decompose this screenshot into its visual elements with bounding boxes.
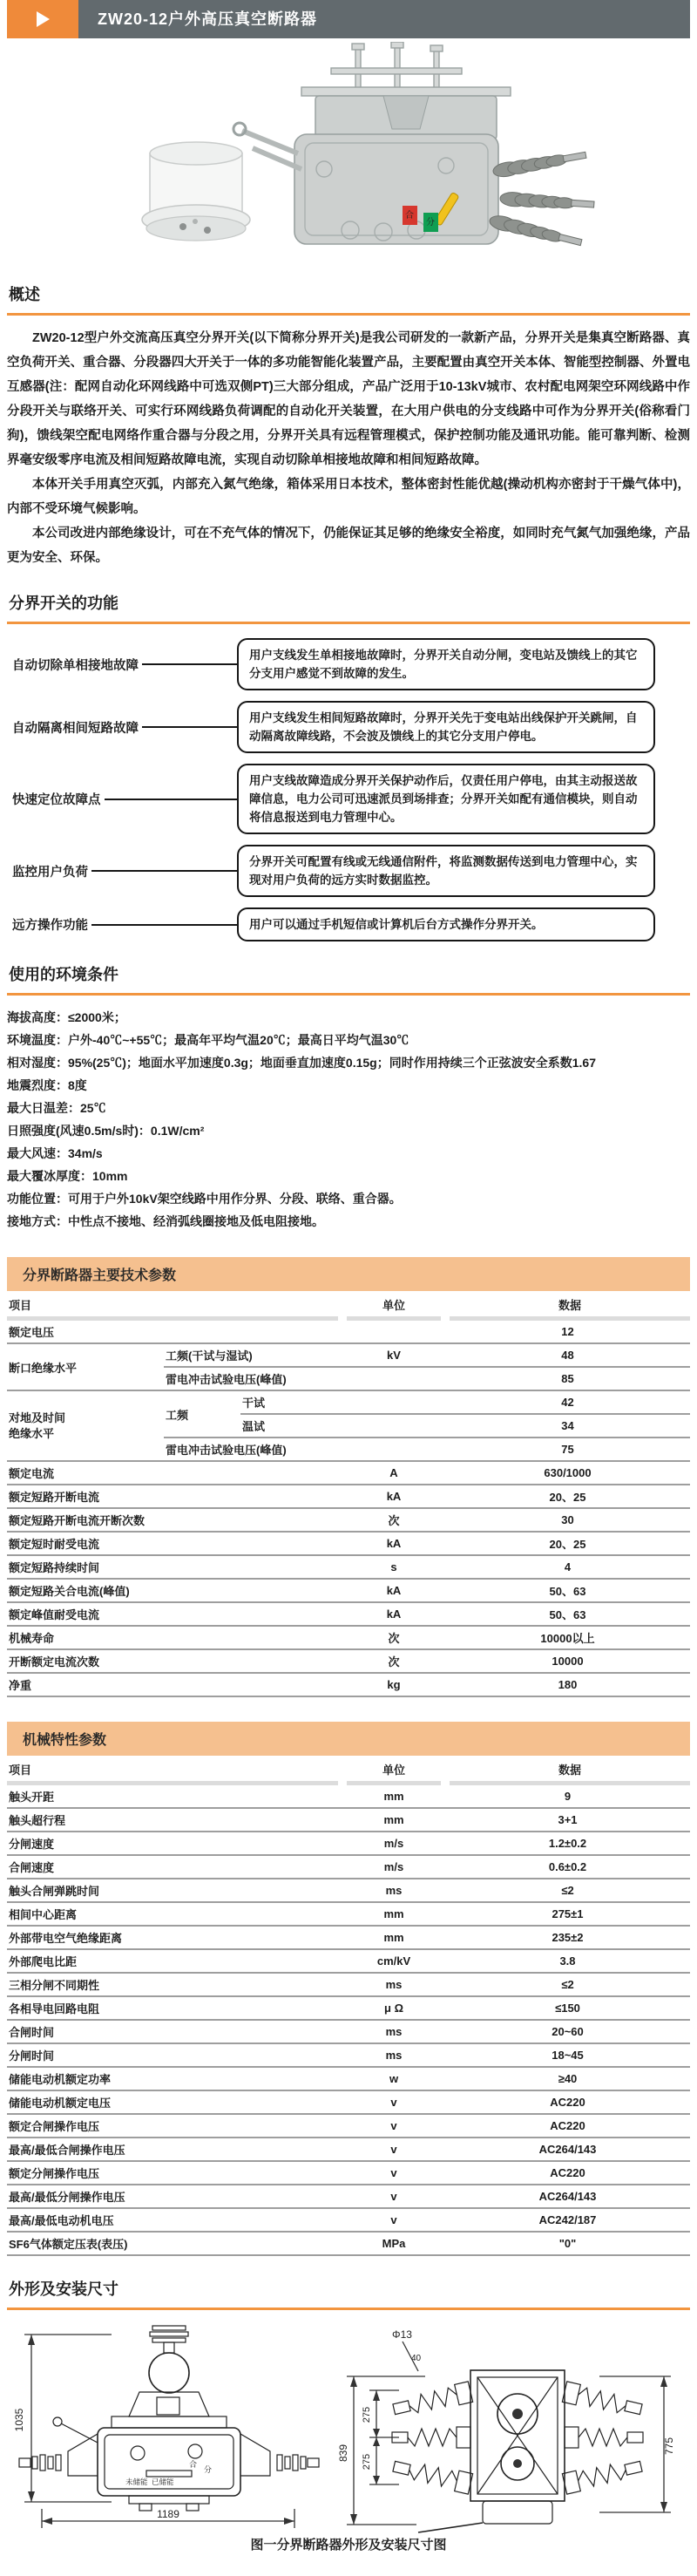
param-value: 20~60 [445,2020,690,2043]
param-unit: ms [342,1879,445,1902]
param-unit: mm [342,1926,445,1949]
param-name: 触头合闸弹跳时间 [7,1879,342,1902]
param-name: SF6气体额定压表(表压) [7,2232,342,2255]
param-name: 最高/最低分闸操作电压 [7,2185,342,2208]
table-row: 额定短路开断电流开断次数次30 [7,1508,690,1532]
param-unit: cm/kV [342,1949,445,1973]
environment-list: 海拔高度：≤2000米； 环境温度：户外-40℃~+55℃；最高年平均气温20℃… [7,1006,690,1233]
table1-title-band: 分界断路器主要技术参数 [7,1257,690,1291]
param-value: 12 [445,1319,690,1344]
functions-list: 自动切除单相接地故障 用户支线发生单相接地故障时，分界开关自动分闸，变电站及馈线… [7,638,690,941]
front-open-label: 分 [204,2464,212,2474]
param-value: 50、63 [445,1602,690,1626]
function-item: 快速定位故障点 用户支线故障造成分界开关保护动作后，仅责任用户停电，由其主动报送… [12,764,690,834]
param-unit: 次 [342,1649,445,1673]
table-row: 最高/最低电动机电压vAC242/187 [7,2208,690,2232]
param-value: 4 [445,1555,690,1579]
param-unit: kV [342,1343,445,1367]
svg-text:分: 分 [426,216,435,228]
front-close-label: 合 [189,2459,197,2469]
dim-width: 1189 [157,2508,179,2520]
table-row: 额定合闸操作电压vAC220 [7,2114,690,2138]
param-unit: v [342,2185,445,2208]
environment-item: 海拔高度：≤2000米； [7,1006,690,1029]
close-label: 合 [403,206,417,225]
param-unit: v [342,2090,445,2114]
front-uncharged-label: 未储能 [125,2477,148,2486]
table-row: 储能电动机额定功率w≥40 [7,2067,690,2090]
table-row: 额定短时耐受电流kA20、25 [7,1532,690,1555]
param-name: 额定短时耐受电流 [7,1532,342,1555]
param-unit: kA [342,1485,445,1508]
front-charged-label: 已储能 [152,2477,174,2486]
connector-line [91,924,237,926]
environment-item: 相对湿度：95%(25℃)；地面水平加速度0.3g；地面垂直加速度0.15g；同… [7,1051,690,1074]
param-unit: ms [342,2020,445,2043]
top-view-drawing: 839 275 275 Φ13 40 [338,2322,690,2533]
param-unit: MPa [342,2232,445,2255]
param-value: 42 [445,1390,690,1414]
param-unit [342,1414,445,1438]
function-description: 分界开关可配置有线或无线通信附件，将监测数据传送到电力管理中心，实现对用户负荷的… [237,845,655,897]
param-name: 额定短路持续时间 [7,1555,342,1579]
param-value: ≥40 [445,2067,690,2090]
param-unit: w [342,2067,445,2090]
connector-line [105,799,238,800]
controller-unit [142,142,250,241]
functions-heading: 分界开关的功能 [7,591,690,624]
connector-line [142,726,237,728]
param-name: 三相分闸不同期性 [7,1973,342,1996]
param-name: 额定电压 [7,1319,342,1344]
table-row: 储能电动机额定电压vAC220 [7,2090,690,2114]
table-row: 额定短路关合电流(峰值)kA50、63 [7,1579,690,1602]
param-unit [342,1367,445,1390]
table-row: 净重kg180 [7,1673,690,1696]
insulator-bushings [488,148,594,249]
param-unit: v [342,2161,445,2185]
param-unit: v [342,2208,445,2232]
dim-275-top: 275 [362,2407,372,2423]
column-header-item: 项目 [7,1756,342,1784]
dim-839: 839 [338,2444,349,2462]
param-name: 额定分闸操作电压 [7,2161,342,2185]
table-row: 额定短路开断电流kA20、25 [7,1485,690,1508]
param-name: 储能电动机额定电压 [7,2090,342,2114]
param-value: AC242/187 [445,2208,690,2232]
param-unit: ms [342,2043,445,2067]
mechanical-parameters-table: 项目 单位 数据 触头开距mm9 触头超行程mm3+1 分闸速度m/s1.2±0… [7,1756,690,2256]
param-name: 温试 [240,1414,342,1438]
overview-paragraph: 本体开关手用真空灭弧，内部充入氮气绝缘，箱体采用日本技术，整体密封性能优越(操动… [7,472,690,521]
environment-heading: 使用的环境条件 [7,962,690,996]
table-header-row: 项目 单位 数据 [7,1756,690,1784]
table-row: 开断额定电流次数次10000 [7,1649,690,1673]
table-row: 额定峰值耐受电流kA50、63 [7,1602,690,1626]
function-description: 用户支线故障造成分界开关保护动作后，仅责任用户停电，由其主动报送故障信息，电力公… [237,764,655,834]
product-photo: HBDW 双光 合 分 [7,38,690,262]
function-description: 用户支线发生单相接地故障时，分界开关自动分闸，变电站及馈线上的其它分支用户感觉不… [237,638,655,690]
function-label: 监控用户负荷 [12,862,88,880]
param-unit: kg [342,1673,445,1696]
param-value: ≤2 [445,1973,690,1996]
environment-item: 日照强度(风速0.5m/s时)：0.1W/cm² [7,1119,690,1142]
param-name: 额定电流 [7,1461,342,1485]
dim-height: 1035 [13,2408,25,2431]
table-row: 各相导电回路电阻μ Ω≤150 [7,1996,690,2020]
datasheet-page: ZW20-12户外高压真空断路器 HBDW 双光 [0,0,697,2576]
param-unit: 次 [342,1626,445,1649]
table-row: 额定电流A630/1000 [7,1461,690,1485]
connector-line [91,870,237,872]
param-name: 触头超行程 [7,1808,342,1832]
overview-text: ZW20-12型户外交流高压真空分界开关(以下简称分界开关)是我公司研发的一款新… [7,326,690,570]
play-triangle-icon [37,11,50,27]
environment-item: 功能位置：可用于户外10kV架空线路中用作分界、分段、联络、重合器。 [7,1187,690,1210]
param-name: 各相导电回路电阻 [7,1996,342,2020]
environment-item: 最大覆冰厚度：10mm [7,1165,690,1187]
environment-item: 地震烈度：8度 [7,1074,690,1097]
table-row: 触头开距mm9 [7,1784,690,1809]
column-header-data: 数据 [445,1291,690,1319]
param-name: 相间中心距离 [7,1902,342,1926]
dim-hole: Φ13 [392,2328,412,2341]
table-row: 最高/最低分闸操作电压vAC264/143 [7,2185,690,2208]
function-item: 远方操作功能 用户可以通过手机短信或计算机后台方式操作分界开关。 [12,907,690,941]
table-header-row: 项目 单位 数据 [7,1291,690,1319]
param-unit: mm [342,1784,445,1809]
header-accent-block [7,0,78,38]
param-value: 630/1000 [445,1461,690,1485]
function-item: 自动隔离相间短路故障 用户支线发生相间短路故障时，分界开关先于变电站出线保护开关… [12,701,690,753]
param-unit: kA [342,1579,445,1602]
param-name: 工频(干试与湿试) [164,1343,342,1367]
param-value: AC264/143 [445,2138,690,2161]
param-value: 30 [445,1508,690,1532]
param-value: AC264/143 [445,2185,690,2208]
param-name: 触头开距 [7,1784,342,1809]
param-value: AC220 [445,2114,690,2138]
param-name: 分闸时间 [7,2043,342,2067]
param-value: 50、63 [445,1579,690,1602]
param-unit [342,1438,445,1461]
param-value: 75 [445,1438,690,1461]
param-name: 外部带电空气绝缘距离 [7,1926,342,1949]
param-value: ≤150 [445,1996,690,2020]
param-value: 235±2 [445,1926,690,1949]
param-value: 9 [445,1784,690,1809]
table-row: SF6气体额定压表(表压)MPa"0" [7,2232,690,2255]
function-item: 自动切除单相接地故障 用户支线发生单相接地故障时，分界开关自动分闸，变电站及馈线… [12,638,690,690]
param-unit: 次 [342,1508,445,1532]
param-value: 18~45 [445,2043,690,2067]
connector-line [142,663,237,665]
param-group: 断口绝缘水平 [7,1343,164,1390]
overview-paragraph: ZW20-12型户外交流高压真空分界开关(以下简称分界开关)是我公司研发的一款新… [7,326,690,472]
param-value: 20、25 [445,1532,690,1555]
param-value: 10000 [445,1649,690,1673]
environment-item: 环境温度：户外-40℃~+55℃；最高年平均气温20℃；最高日平均气温30℃ [7,1029,690,1051]
function-label: 自动隔离相间短路故障 [12,718,139,737]
param-name: 机械寿命 [7,1626,342,1649]
function-label: 自动切除单相接地故障 [12,656,139,674]
param-value: 48 [445,1343,690,1367]
environment-item: 接地方式：中性点不接地、经消弧线圈接地及低电阻接地。 [7,1210,690,1233]
table-row: 三相分闸不同期性ms≤2 [7,1973,690,1996]
param-value: 0.6±0.2 [445,1855,690,1879]
dim-775: 775 [663,2437,675,2455]
param-unit [342,1319,445,1344]
table-row: 机械寿命次10000以上 [7,1626,690,1649]
param-unit: kA [342,1602,445,1626]
table-row: 合闸时间ms20~60 [7,2020,690,2043]
open-label: 分 [423,213,438,232]
param-name: 雷电冲击试验电压(峰值) [164,1367,342,1390]
column-header-data: 数据 [445,1756,690,1784]
dimensions-heading: 外形及安装尺寸 [7,2277,690,2310]
table-row: 外部爬电比距cm/kV3.8 [7,1949,690,1973]
table-row: 合闸速度m/s0.6±0.2 [7,1855,690,1879]
page-title: ZW20-12户外高压真空断路器 [78,0,317,38]
param-name: 分闸速度 [7,1832,342,1855]
front-view-drawing: 1035 合 [7,2322,322,2533]
param-value: 180 [445,1673,690,1696]
param-unit: A [342,1461,445,1485]
param-unit: m/s [342,1855,445,1879]
environment-item: 最大风速：34m/s [7,1142,690,1165]
param-name: 额定短路关合电流(峰值) [7,1579,342,1602]
table-row: 断口绝缘水平 工频(干试与湿试) kV 48 [7,1343,690,1367]
param-name: 外部爬电比距 [7,1949,342,1973]
figure-caption: 图一分界断路器外形及安装尺寸图 [7,2535,690,2553]
table-row: 分闸速度m/s1.2±0.2 [7,1832,690,1855]
param-unit [342,1390,445,1414]
param-name: 额定合闸操作电压 [7,2114,342,2138]
param-unit: s [342,1555,445,1579]
svg-text:合: 合 [405,209,414,221]
param-name: 最高/最低合闸操作电压 [7,2138,342,2161]
param-unit: v [342,2114,445,2138]
page-header: ZW20-12户外高压真空断路器 [7,0,690,38]
param-unit: m/s [342,1832,445,1855]
environment-item: 最大日温差：25℃ [7,1097,690,1119]
param-name: 额定峰值耐受电流 [7,1602,342,1626]
table-row: 额定分闸操作电压vAC220 [7,2161,690,2185]
function-label: 远方操作功能 [12,915,88,934]
table-row: 触头合闸弹跳时间ms≤2 [7,1879,690,1902]
param-name: 合闸速度 [7,1855,342,1879]
function-label: 快速定位故障点 [12,790,101,808]
table-row: 触头超行程mm3+1 [7,1808,690,1832]
param-name: 合闸时间 [7,2020,342,2043]
column-header-unit: 单位 [342,1291,445,1319]
param-name: 储能电动机额定功率 [7,2067,342,2090]
param-unit: kA [342,1532,445,1555]
param-name: 开断额定电流次数 [7,1649,342,1673]
param-value: 1.2±0.2 [445,1832,690,1855]
param-name: 额定短路开断电流开断次数 [7,1508,342,1532]
param-value: "0" [445,2232,690,2255]
param-value: 85 [445,1367,690,1390]
param-value: 20、25 [445,1485,690,1508]
param-value: 10000以上 [445,1626,690,1649]
param-name: 干试 [240,1390,342,1414]
param-subgroup: 工频 [164,1390,240,1438]
column-header-unit: 单位 [342,1756,445,1784]
dim-275-bottom: 275 [362,2454,372,2470]
param-value: 3+1 [445,1808,690,1832]
param-value: AC220 [445,2090,690,2114]
table-row: 分闸时间ms18~45 [7,2043,690,2067]
param-value: 34 [445,1414,690,1438]
table-row: 对地及时间绝缘水平 工频 干试 42 [7,1390,690,1414]
function-item: 监控用户负荷 分界开关可配置有线或无线通信附件，将监测数据传送到电力管理中心，实… [12,845,690,897]
param-group: 对地及时间绝缘水平 [7,1390,164,1461]
param-value: ≤2 [445,1879,690,1902]
function-description: 用户支线发生相间短路故障时，分界开关先于变电站出线保护开关跳闸，自动隔离故障线路… [237,701,655,753]
overview-paragraph: 本公司改进内部绝缘设计，可在不充气体的情况下，仍能保证其足够的绝缘安全裕度，如同… [7,521,690,570]
param-unit: mm [342,1902,445,1926]
table-row: 额定短路持续时间s4 [7,1555,690,1579]
table-row: 相间中心距离mm275±1 [7,1902,690,1926]
table-row: 最高/最低合闸操作电压vAC264/143 [7,2138,690,2161]
table-row: 外部带电空气绝缘距离mm235±2 [7,1926,690,1949]
param-unit: v [342,2138,445,2161]
param-unit: mm [342,1808,445,1832]
param-value: 275±1 [445,1902,690,1926]
param-name: 最高/最低电动机电压 [7,2208,342,2232]
column-header-item: 项目 [7,1291,342,1319]
param-value: 3.8 [445,1949,690,1973]
table-row: 额定电压 12 [7,1319,690,1344]
function-description: 用户可以通过手机短信或计算机后台方式操作分界开关。 [237,907,655,941]
param-unit: μ Ω [342,1996,445,2020]
table2-title-band: 机械特性参数 [7,1722,690,1756]
product-photo-illustration: HBDW 双光 合 分 [96,42,636,262]
dim-offset: 40 [411,2354,422,2363]
param-name: 额定短路开断电流 [7,1485,342,1508]
dimension-drawings: 1035 合 [7,2322,690,2533]
overview-heading: 概述 [7,282,690,316]
param-unit: ms [342,1973,445,1996]
param-name: 净重 [7,1673,342,1696]
main-parameters-table: 项目 单位 数据 额定电压 12 断口绝缘水平 工频(干试与湿试) kV 48 … [7,1291,690,1697]
param-name: 雷电冲击试验电压(峰值) [164,1438,342,1461]
param-value: AC220 [445,2161,690,2185]
